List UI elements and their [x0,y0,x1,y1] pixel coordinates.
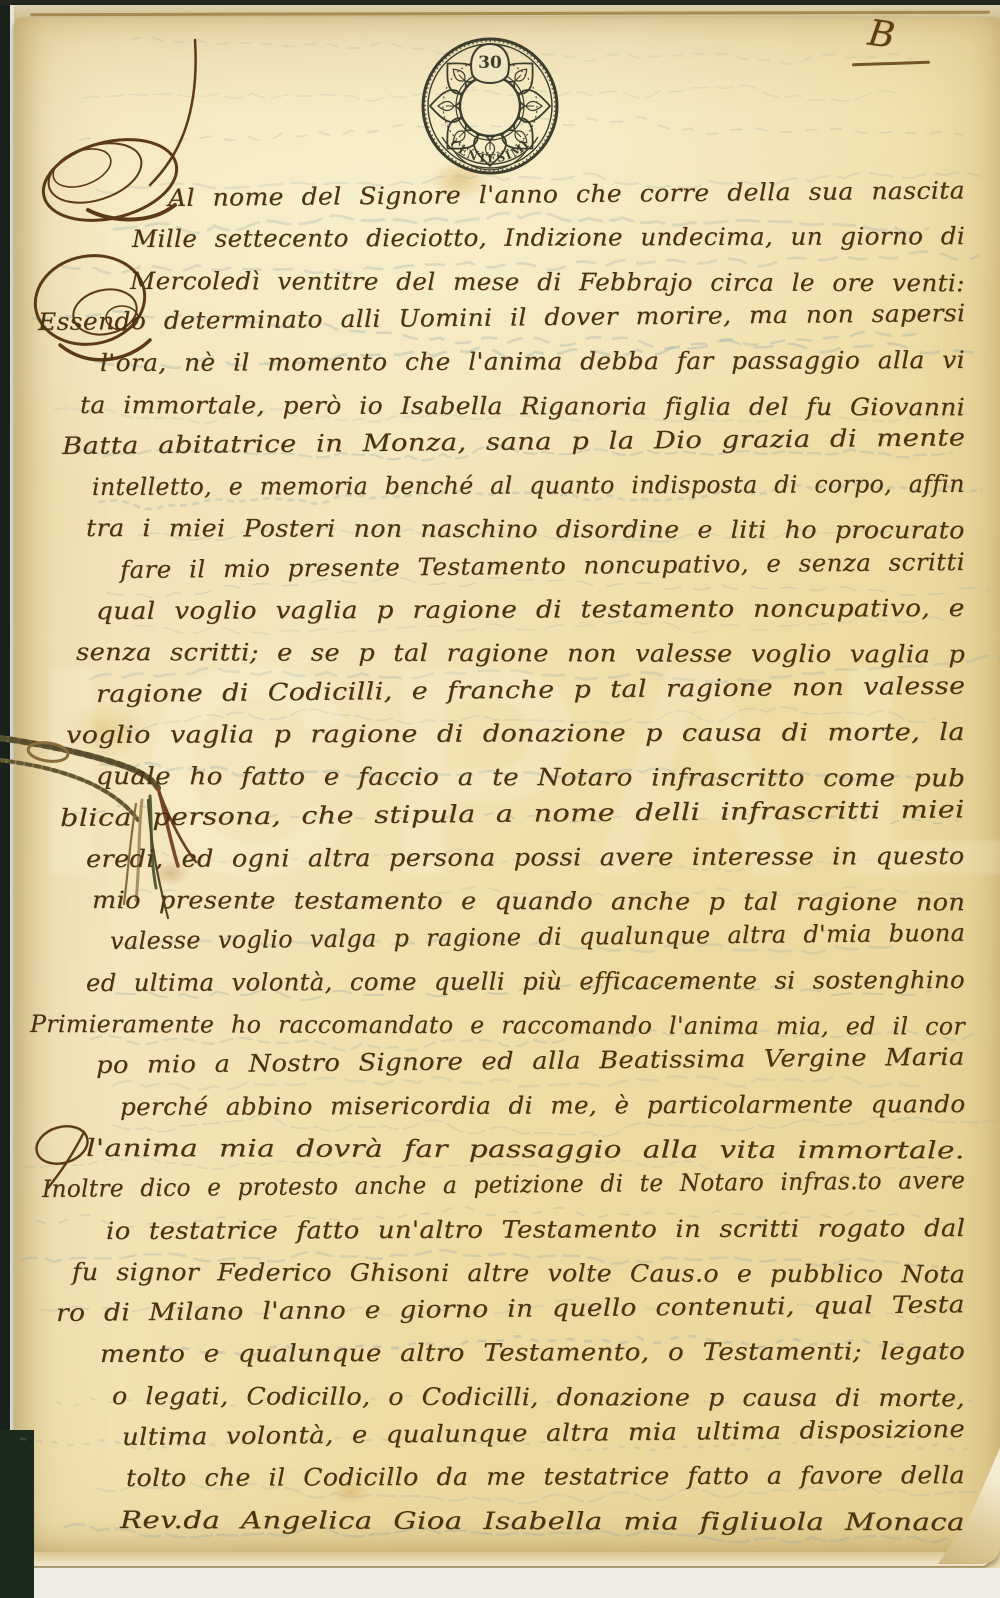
manuscript-line: quale ho fatto e faccio a te Notaro infr… [96,762,965,792]
manuscript-text: Al nome del Signore l'anno che corre del… [0,0,1000,1598]
manuscript-line: Mercoledì ventitre del mese di Febbrajo … [130,267,965,297]
manuscript-line: mento e qualunque altro Testamento, o Te… [100,1337,965,1368]
manuscript-line: tolto che il Codicillo da me testatrice … [126,1461,965,1492]
manuscript-line: Batta abitatrice in Monza, sana p la Dio… [62,423,966,460]
manuscript-line: po mio a Nostro Signore ed alla Beatissi… [96,1043,965,1079]
manuscript-line: fare il mio presente Testamento noncupat… [120,548,965,584]
manuscript-line: ro di Milano l'anno e giorno in quello c… [56,1290,965,1327]
manuscript-line: intelletto, e memoria benché al quanto i… [92,470,965,501]
manuscript-line: o legati, Codicillo, o Codicilli, donazi… [112,1382,965,1412]
manuscript-line: Al nome del Signore l'anno che corre del… [168,176,965,212]
manuscript-line: mio presente testamento e quando anche p… [92,886,965,916]
manuscript-line: fu signor Federico Ghisoni altre volte C… [72,1258,965,1288]
manuscript-line: senza scritti; e se p tal ragione non va… [76,638,965,668]
scanned-manuscript: ICPAL [0,0,1000,1598]
manuscript-line: io testatrice fatto un'altro Testamento … [106,1214,965,1245]
manuscript-line: Mille settecento dieciotto, Indizione un… [132,222,965,253]
manuscript-line: tra i miei Posteri non naschino disordin… [86,514,965,544]
manuscript-line: valesse voglio valga p ragione di qualun… [110,919,965,955]
manuscript-line: l'anima mia dovrà far passaggio alla vit… [86,1134,965,1164]
manuscript-line: Rev.da Angelica Gioa Isabella mia figliu… [120,1506,965,1536]
manuscript-line: Primieramente ho raccomandato e raccoman… [30,1010,965,1040]
manuscript-line: qual voglio vaglia p ragione di testamen… [96,594,965,625]
manuscript-line: ed ultima volontà, come quelli più effic… [86,966,965,997]
manuscript-line: l'ora, nè il momento che l'anima debba f… [100,346,965,377]
manuscript-line: ultima volontà, e qualunque altra mia ul… [122,1415,965,1451]
manuscript-line: ragione di Codicilli, e franche p tal ra… [96,671,966,707]
manuscript-line: voglio vaglia p ragione di donazione p c… [66,718,965,749]
manuscript-line: ta immortale, però io Isabella Riganoria… [80,391,965,421]
manuscript-line: blica persona, che stipula a nome delli … [60,795,965,832]
manuscript-line: Inoltre dico e protesto anche a petizion… [42,1166,965,1203]
manuscript-line: Essendo determinato alli Uomini il dover… [38,299,966,336]
manuscript-line: perché abbino misericordia di me, è part… [120,1090,966,1121]
manuscript-line: eredi, ed ogni altra persona possi avere… [86,842,965,873]
